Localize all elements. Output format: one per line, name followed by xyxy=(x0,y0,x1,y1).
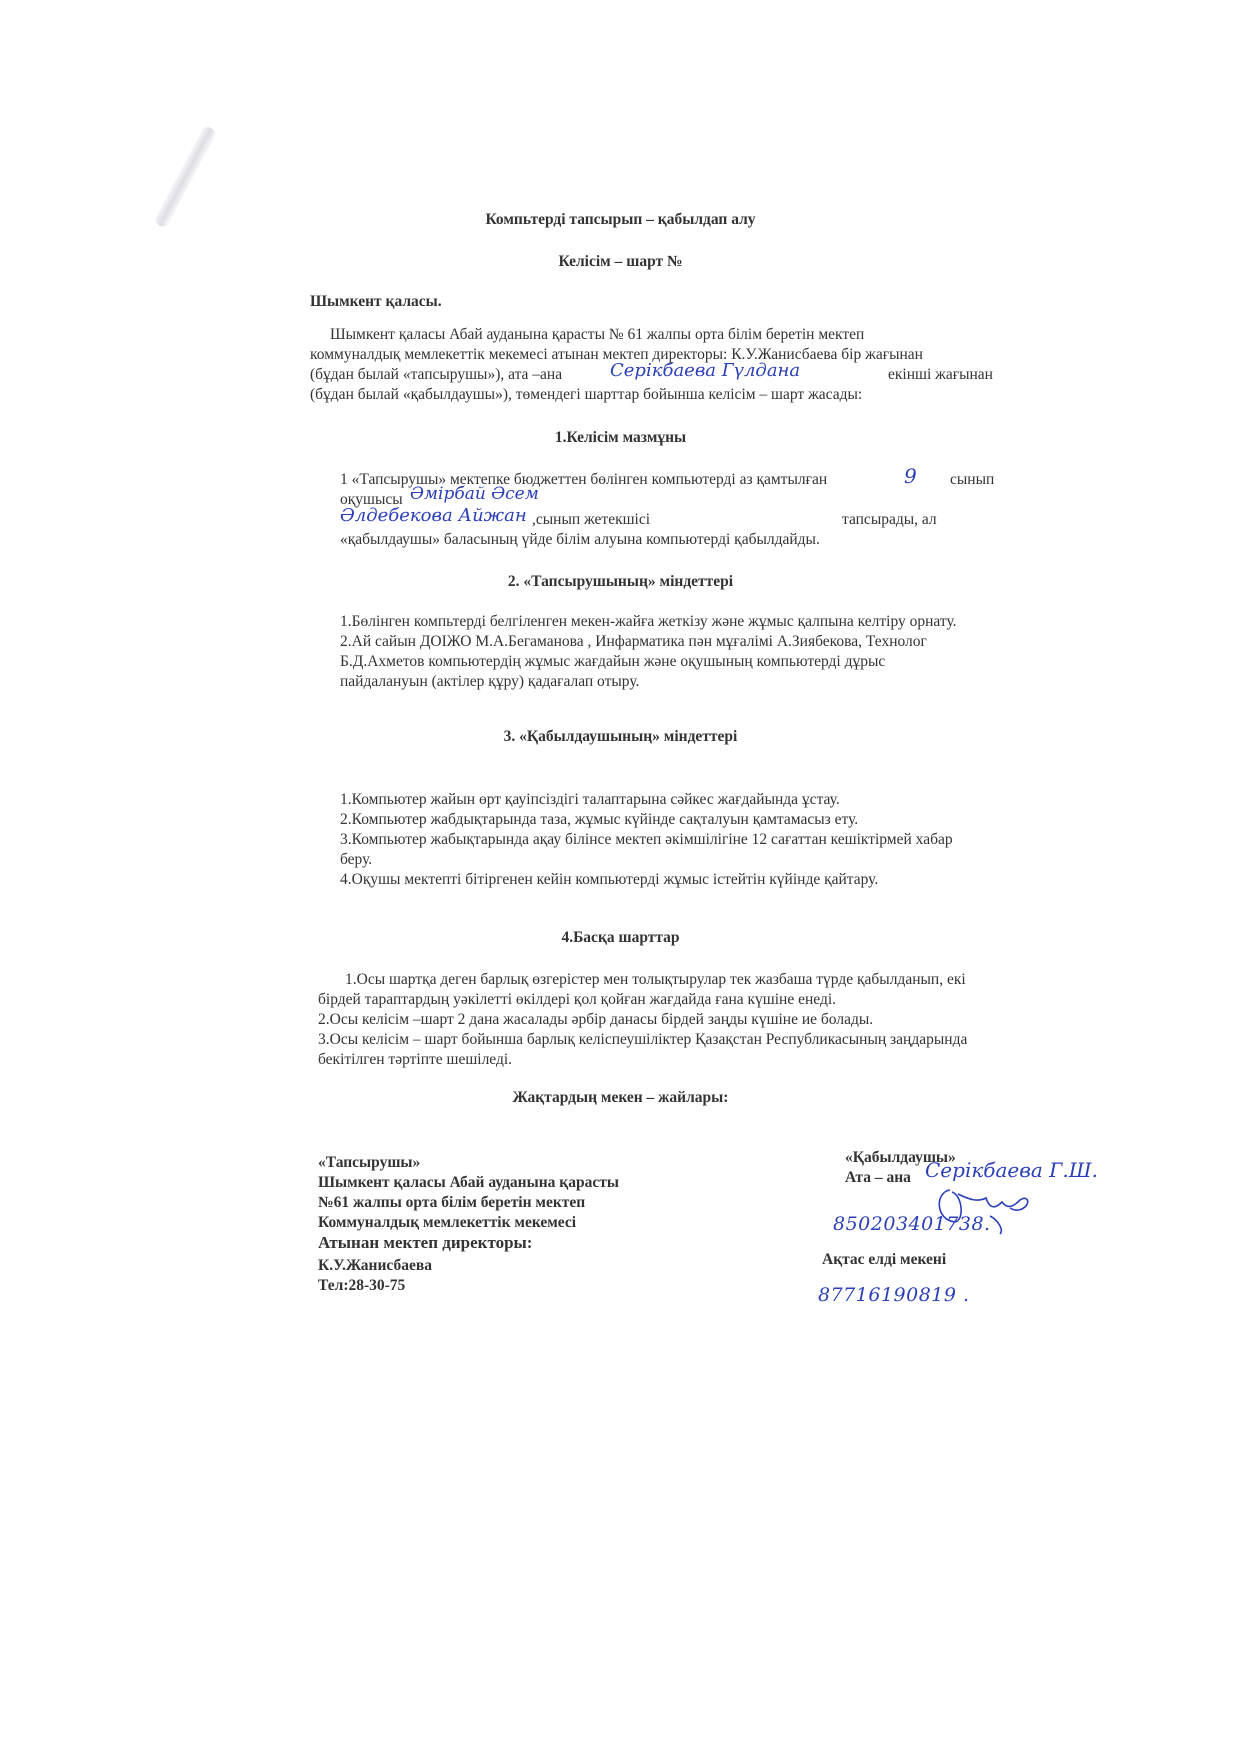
intro-line: екінші жағынан xyxy=(888,365,993,385)
handwritten-student-name: Әмірбай Әсем xyxy=(410,484,539,504)
party-right-locality: Ақтас елді мекені xyxy=(822,1250,946,1270)
handwritten-grade: 9 xyxy=(904,464,917,488)
handwritten-phone: 87716190819 . xyxy=(818,1284,970,1306)
section2-line: 2.Ай сайын ДОІЖО М.А.Бегаманова , Инфарм… xyxy=(340,632,927,652)
section1-line: ,сынып жетекшісі xyxy=(532,510,650,530)
section4-line: 3.Осы келісім – шарт бойынша барлық келі… xyxy=(318,1030,967,1050)
party-left-line: Коммуналдық мемлекеттік мекемесі xyxy=(318,1213,576,1233)
intro-line: Шымкент қаласы Абай ауданына қарасты № 6… xyxy=(330,325,864,345)
party-left-line: №61 жалпы орта білім беретін мектеп xyxy=(318,1193,585,1213)
party-left-line: Атынан мектеп директоры: xyxy=(318,1233,532,1253)
section3-line: 4.Оқушы мектепті бітіргенен кейін компью… xyxy=(340,870,878,890)
city-heading: Шымкент қаласы. xyxy=(310,292,442,312)
section4-line: бірдей тараптардың уәкілетті өкілдері қо… xyxy=(318,990,836,1010)
section-heading: 2. «Тапсырушының» міндеттері xyxy=(0,572,1241,592)
section3-line: беру. xyxy=(340,850,372,870)
section4-line: 2.Осы келісім –шарт 2 дана жасалады әрбі… xyxy=(318,1010,873,1030)
section2-line: Б.Д.Ахметов компьютердің жұмыс жағдайын … xyxy=(340,652,885,672)
section-heading: 3. «Қабылдаушының» міндеттері xyxy=(0,727,1241,747)
intro-line: (бұдан былай «қабылдаушы»), төмендегі ша… xyxy=(310,385,862,405)
party-left-phone: Тел:28-30-75 xyxy=(318,1276,405,1296)
section1-line: тапсырады, ал xyxy=(842,510,937,530)
section-heading: 4.Басқа шарттар xyxy=(0,928,1241,948)
section-heading: 1.Келісім мазмұны xyxy=(0,428,1241,448)
section3-line: 3.Компьютер жабықтарында ақау білінсе ме… xyxy=(340,830,953,850)
party-left-label: «Тапсырушы» xyxy=(318,1153,420,1173)
section1-line: сынып xyxy=(950,470,994,490)
section1-line: «қабылдаушы» баласының үйде білім алуына… xyxy=(340,530,820,550)
party-left-line: Шымкент қаласы Абай ауданына қарасты xyxy=(318,1173,619,1193)
document-subtitle: Келісім – шарт № xyxy=(0,252,1241,272)
scanned-document-page: Компьтерді тапсырып – қабылдап алу Келіс… xyxy=(0,0,1241,1754)
section3-line: 2.Компьютер жабдықтарында таза, жұмыс кү… xyxy=(340,810,858,830)
party-right-parent-label: Ата – ана xyxy=(845,1168,911,1188)
handwritten-parent-name: Серікбаева Гүлдана xyxy=(610,360,800,381)
handwritten-iin: 850203401738. xyxy=(833,1213,991,1235)
handwritten-signature-name: Серікбаева Г.Ш. xyxy=(925,1158,1098,1182)
section2-line: 1.Бөлінген компьтерді белгіленген мекен-… xyxy=(340,612,957,632)
intro-line: (бұдан былай «тапсырушы»), ата –ана xyxy=(310,365,562,385)
handwritten-class-teacher: Әлдебекова Айжан xyxy=(340,505,527,526)
party-left-line: К.У.Жанисбаева xyxy=(318,1256,432,1276)
section3-line: 1.Компьютер жайын өрт қауіпсіздігі талап… xyxy=(340,790,840,810)
section2-line: пайдалануын (актілер құру) қадағалап оты… xyxy=(340,672,639,692)
addresses-heading: Жақтардың мекен – жайлары: xyxy=(0,1088,1241,1108)
section4-line: бекітілген тәртіпте шешіледі. xyxy=(318,1050,512,1070)
document-title: Компьтерді тапсырып – қабылдап алу xyxy=(0,210,1241,230)
section4-line: 1.Осы шартқа деген барлық өзгерістер мен… xyxy=(345,970,966,990)
